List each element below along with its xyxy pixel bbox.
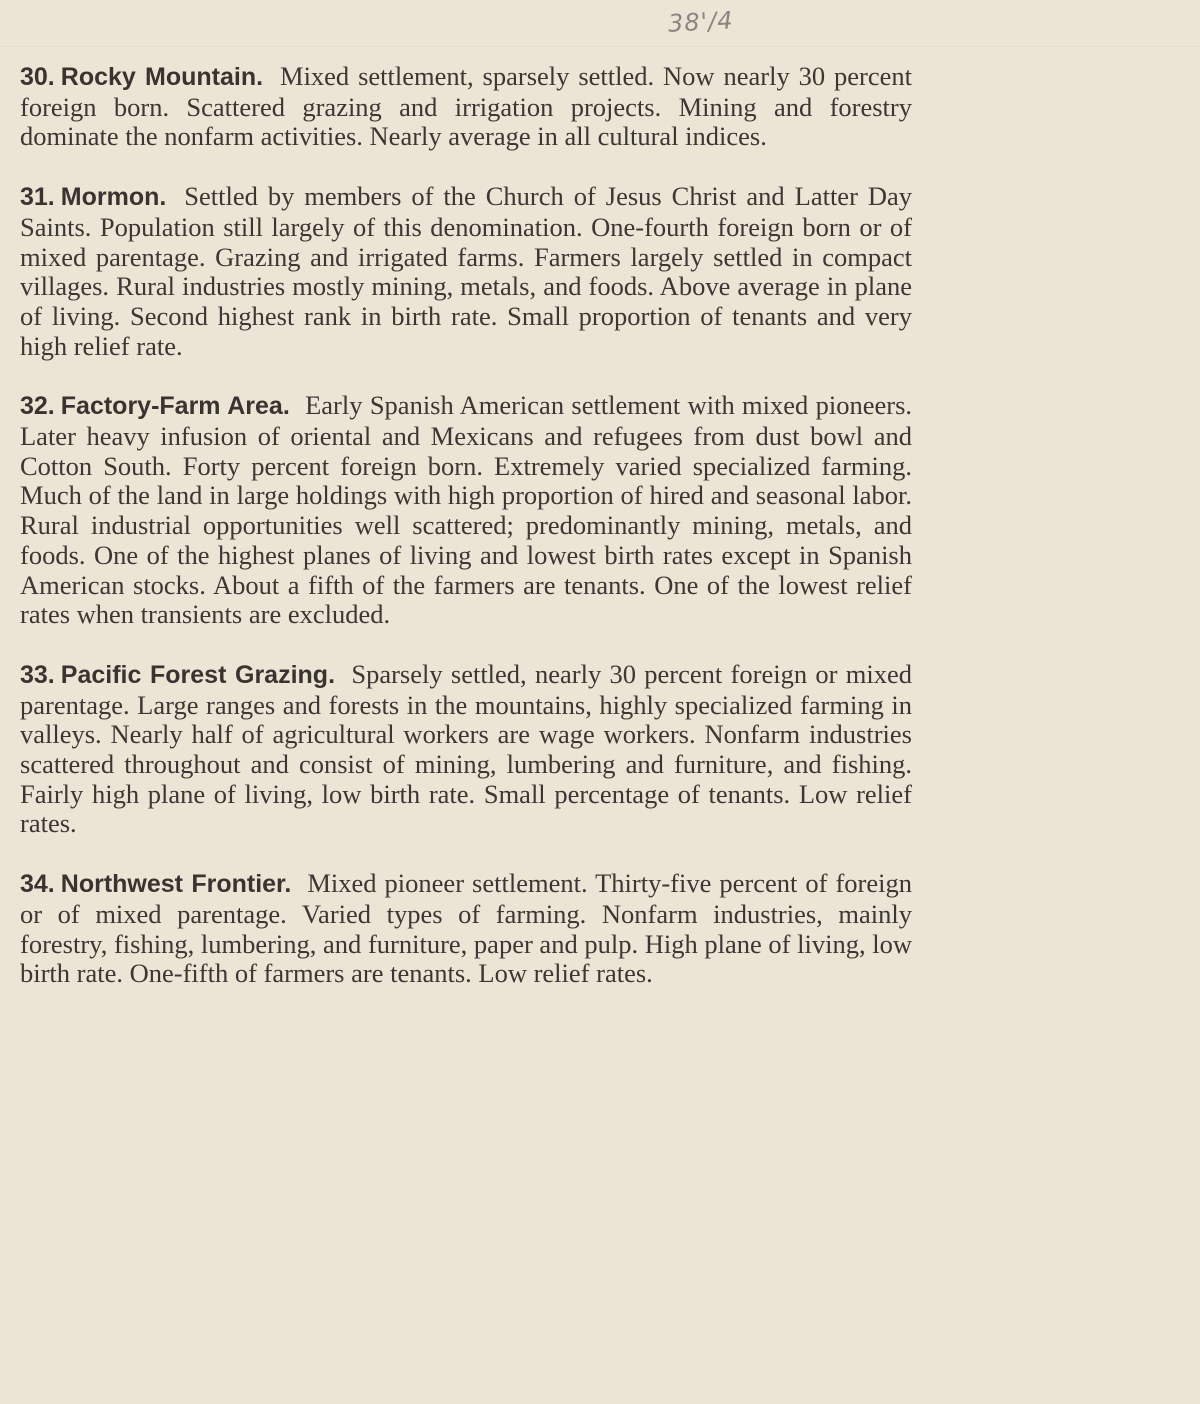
entry-number: 32. — [20, 392, 55, 420]
entry-text: Early Spanish American settlement with m… — [20, 390, 912, 629]
entry-title: Rocky Mountain. — [61, 63, 263, 91]
entry-number: 31. — [20, 183, 55, 211]
entry-northwest-frontier: 34.Northwest Frontier. Mixed pioneer set… — [20, 869, 912, 989]
entry-factory-farm-area: 32.Factory-Farm Area. Early Spanish Amer… — [20, 391, 912, 630]
entry-number: 30. — [20, 63, 55, 91]
entry-number: 33. — [20, 661, 55, 689]
entry-number: 34. — [20, 870, 55, 898]
entry-pacific-forest-grazing: 33.Pacific Forest Grazing. Sparsely sett… — [20, 660, 912, 839]
entry-rocky-mountain: 30.Rocky Mountain. Mixed settlement, spa… — [20, 62, 912, 152]
entry-mormon: 31.Mormon. Settled by members of the Chu… — [20, 182, 912, 361]
region-descriptions: 30.Rocky Mountain. Mixed settlement, spa… — [20, 62, 912, 1019]
handwritten-page-annotation: 38'/4 — [667, 6, 734, 37]
entry-title: Pacific Forest Grazing. — [61, 661, 335, 689]
show-through-line — [0, 36, 1200, 47]
entry-title: Factory-Farm Area. — [61, 392, 290, 420]
entry-title: Mormon. — [61, 183, 167, 211]
entry-title: Northwest Frontier. — [61, 870, 292, 898]
